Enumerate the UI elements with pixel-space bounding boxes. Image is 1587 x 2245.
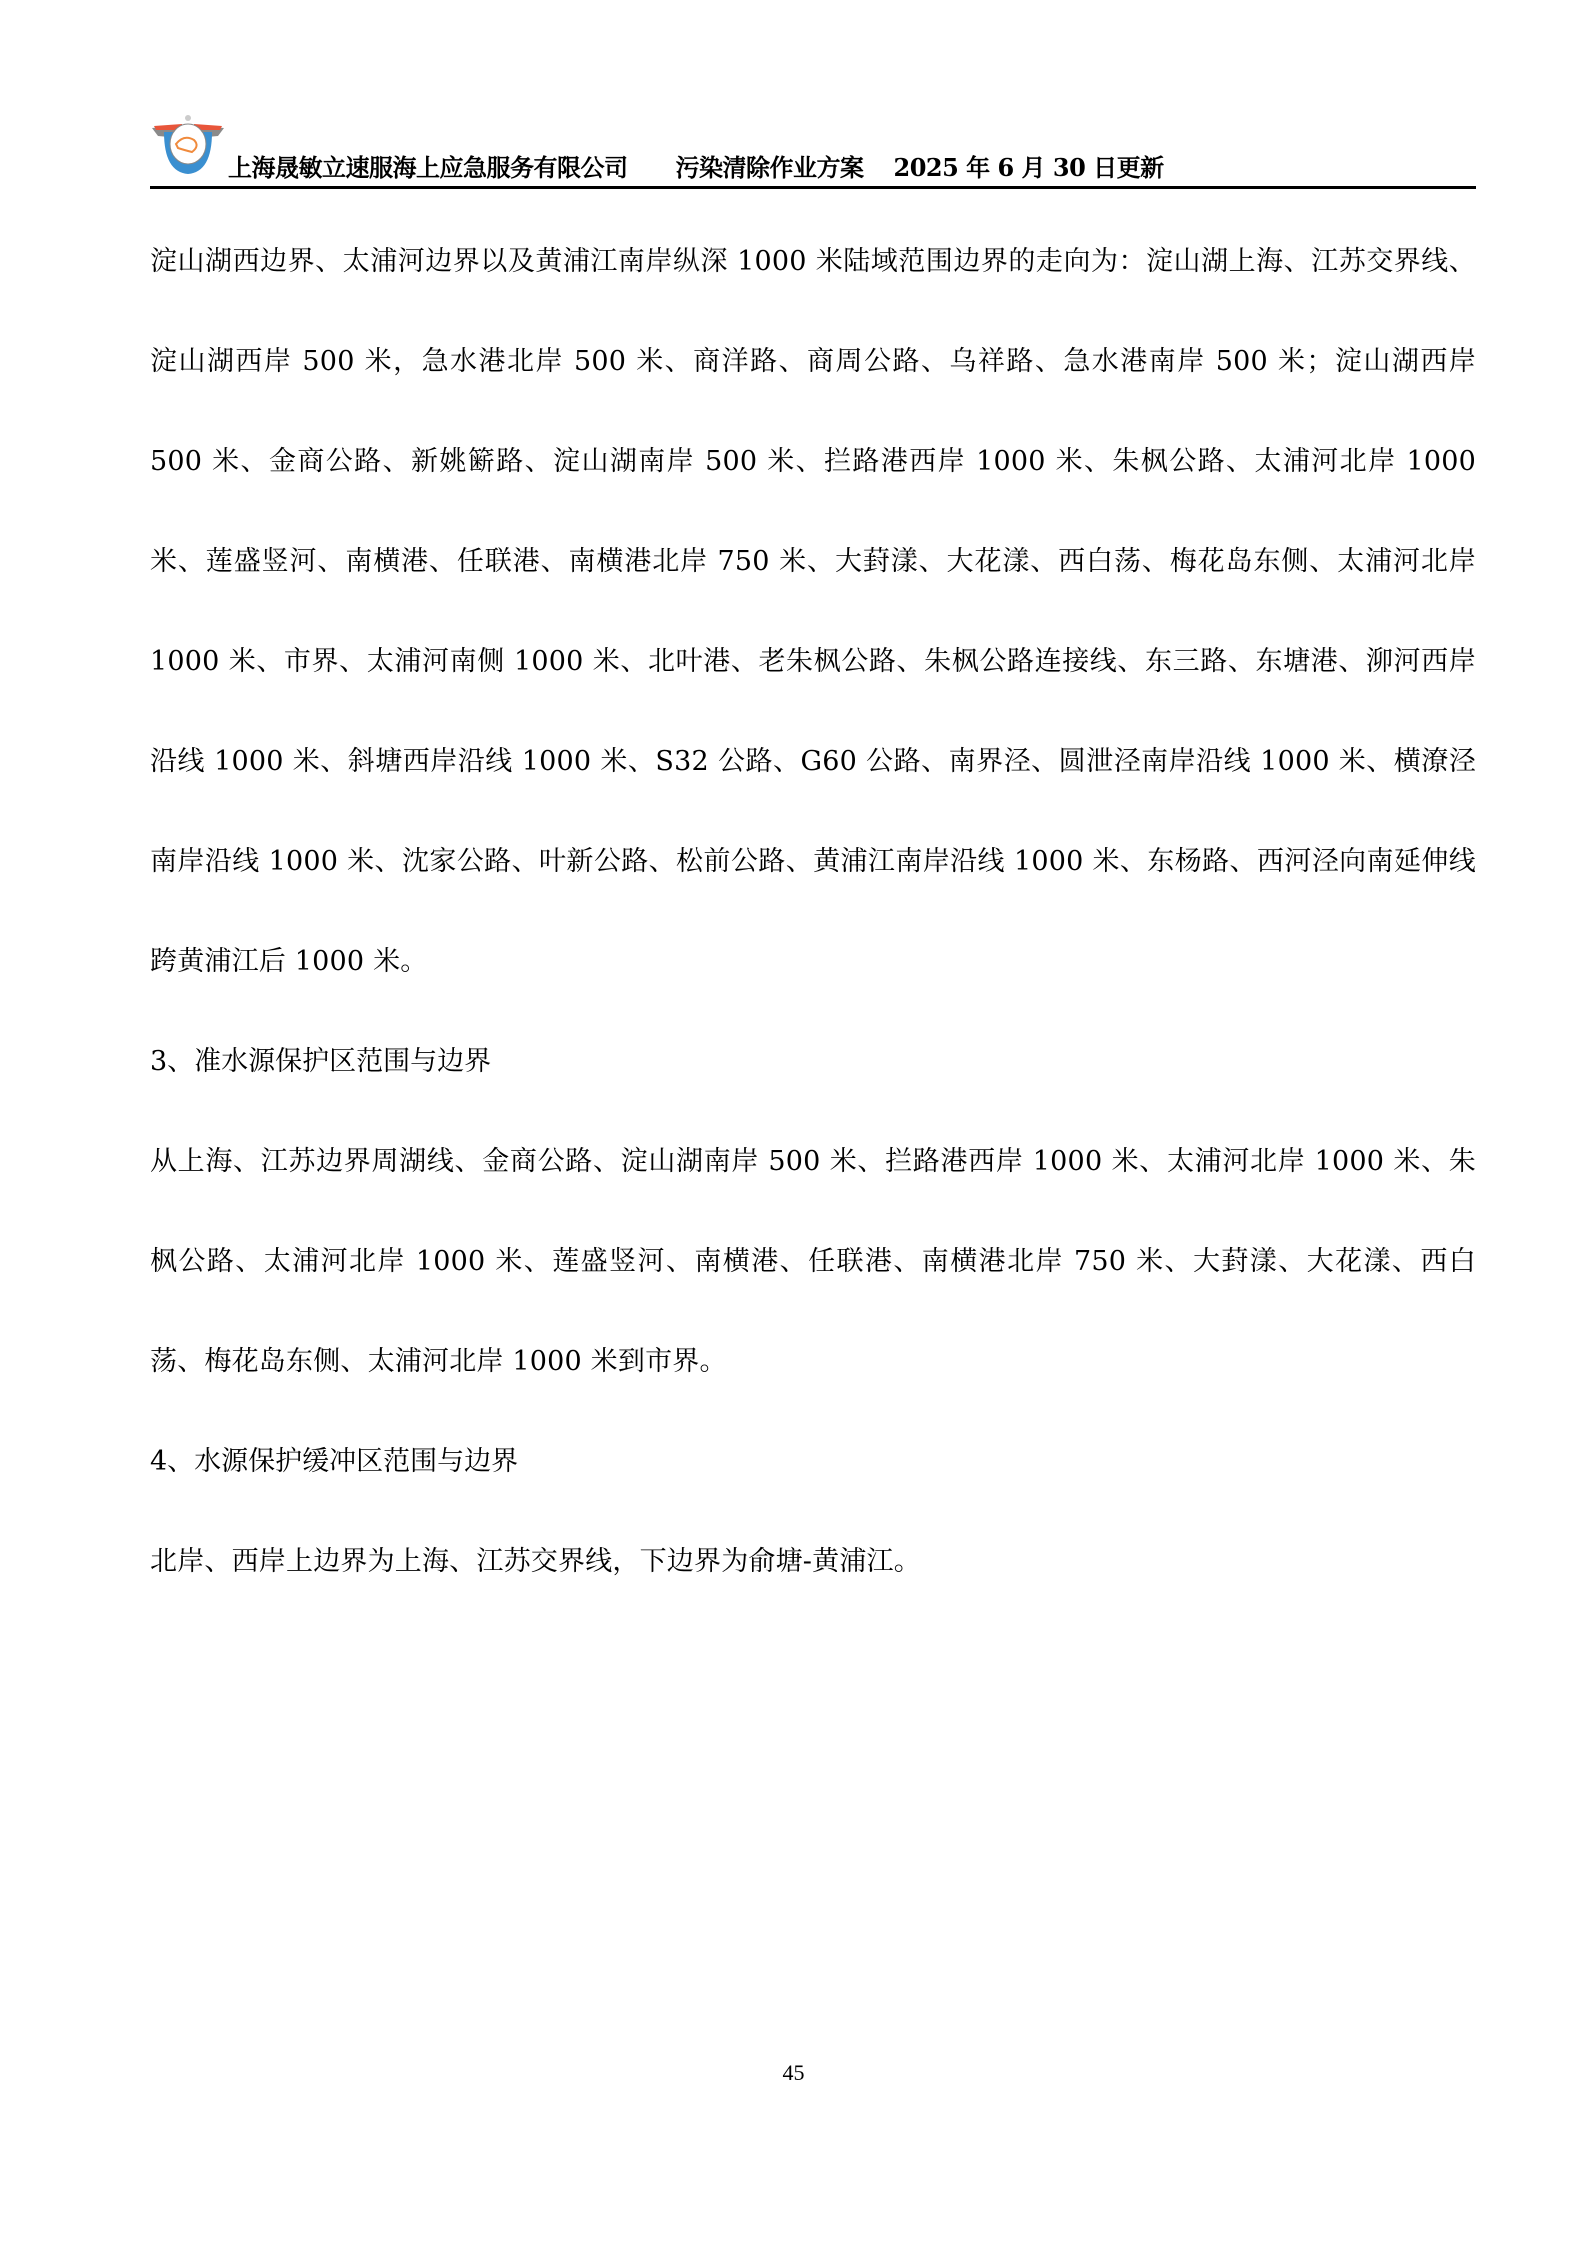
document-page: 上海晟敏立速服海上应急服务有限公司污染清除作业方案2025 年 6 月 30 日… xyxy=(0,0,1587,2245)
header-title: 上海晟敏立速服海上应急服务有限公司污染清除作业方案2025 年 6 月 30 日… xyxy=(228,148,1164,183)
section-heading-3: 3、准水源保护区范围与边界 xyxy=(150,1012,1476,1112)
section-heading-4: 4、水源保护缓冲区范围与边界 xyxy=(150,1412,1476,1512)
company-logo-icon xyxy=(150,114,226,176)
buffer-zone-paragraph: 北岸、西岸上边界为上海、江苏交界线，下边界为俞塘-黄浦江。 xyxy=(150,1512,1476,1612)
document-name: 污染清除作业方案 xyxy=(676,153,864,182)
company-name: 上海晟敏立速服海上应急服务有限公司 xyxy=(228,153,628,182)
page-number: 45 xyxy=(0,2060,1587,2086)
document-body: 淀山湖西边界、太浦河边界以及黄浦江南岸纵深 1000 米陆域范围边界的走向为：淀… xyxy=(150,212,1476,1612)
quasi-protection-paragraph: 从上海、江苏边界周湖线、金商公路、淀山湖南岸 500 米、拦路港西岸 1000 … xyxy=(150,1112,1476,1412)
update-date: 2025 年 6 月 30 日更新 xyxy=(894,153,1164,182)
page-header: 上海晟敏立速服海上应急服务有限公司污染清除作业方案2025 年 6 月 30 日… xyxy=(150,110,1476,190)
boundary-paragraph: 淀山湖西边界、太浦河边界以及黄浦江南岸纵深 1000 米陆域范围边界的走向为：淀… xyxy=(150,212,1476,1012)
header-divider xyxy=(150,186,1476,189)
